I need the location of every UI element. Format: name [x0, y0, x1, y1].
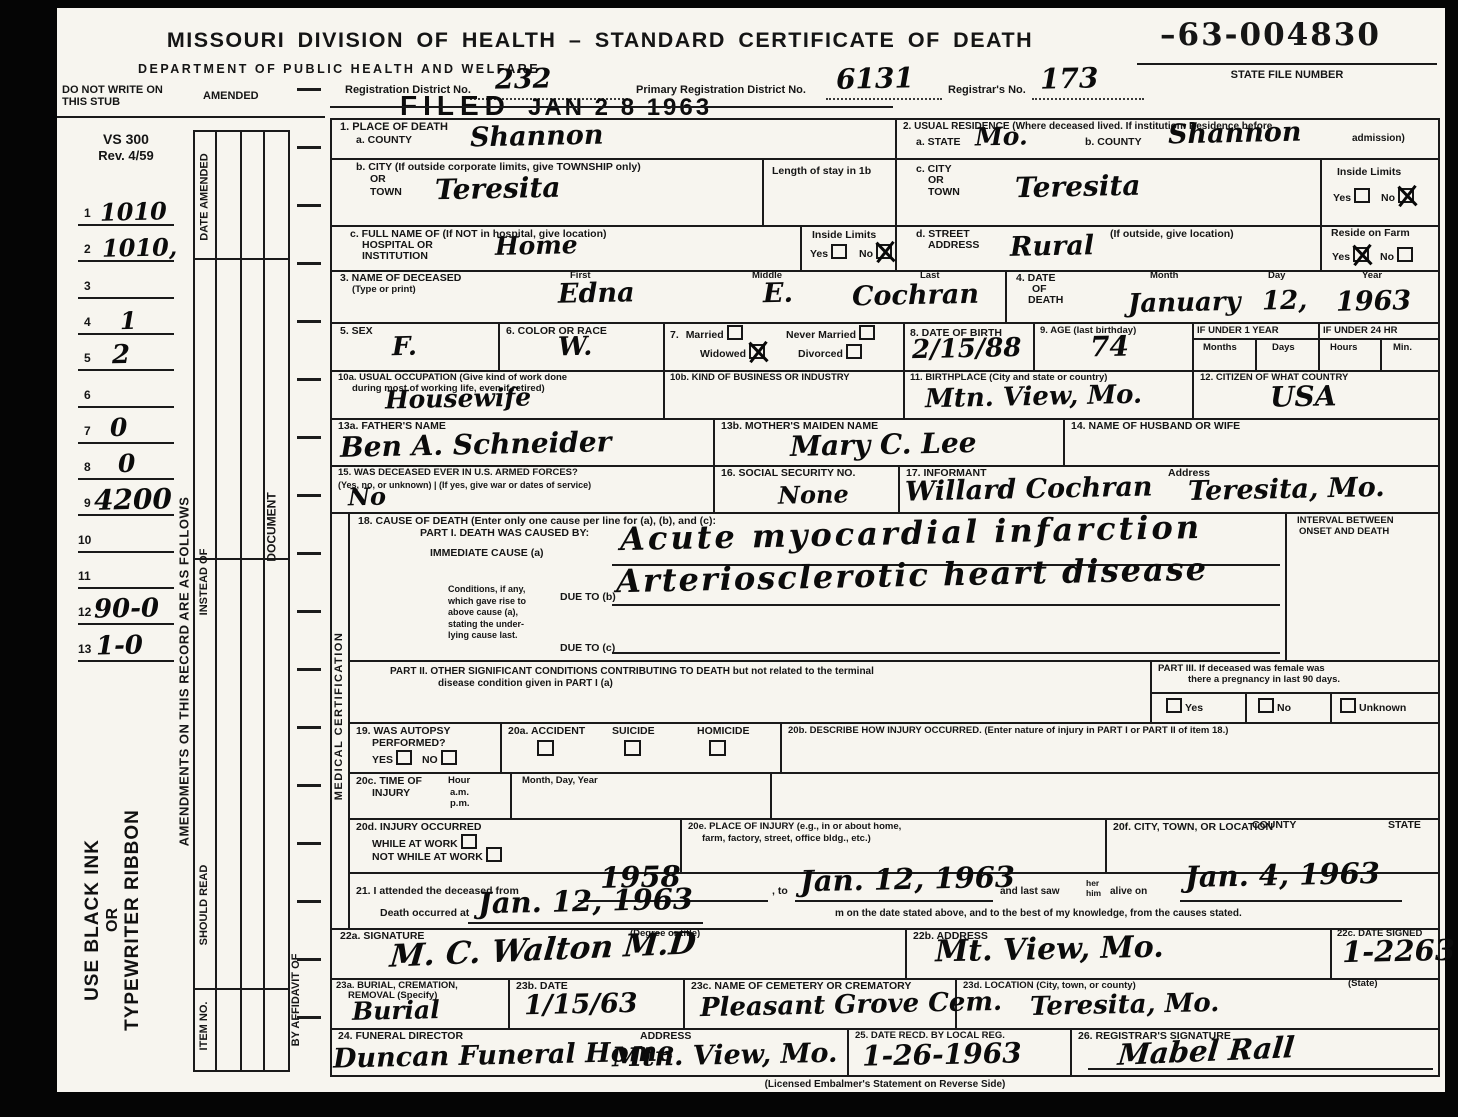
funeral-address-value: Mtn. View, Mo.: [612, 1038, 838, 1074]
part2-label-2: disease condition given in PART I (a): [438, 678, 613, 689]
page-title: MISSOURI DIVISION OF HEALTH – STANDARD C…: [150, 28, 1050, 52]
reside-on-farm-label: Reside on Farm: [1331, 228, 1410, 240]
stub-line-number: 6: [84, 389, 91, 402]
tick: [297, 552, 321, 555]
name-of-deceased-label: 3. NAME OF DECEASED: [340, 273, 461, 285]
stub-line-value: 90-0: [94, 593, 160, 624]
stub-line-number: 10: [78, 534, 91, 547]
stub-line-value: 4200: [94, 482, 173, 517]
attended-to-value: Jan. 12, 1963: [800, 860, 1016, 898]
rule: [78, 478, 174, 480]
ssn-value: None: [778, 479, 849, 509]
rule: [348, 512, 350, 928]
physician-address-value: Mt. View, Mo.: [935, 930, 1164, 970]
cemetery-value: Pleasant Grove Cem.: [700, 987, 1003, 1023]
stub-line-number: 2: [84, 243, 91, 256]
rule: [78, 369, 174, 371]
first-name-value: Edna: [558, 277, 635, 310]
rule: [468, 922, 703, 924]
tick: [297, 262, 321, 265]
rule: [895, 118, 897, 270]
tick: [297, 320, 321, 323]
suicide-label: SUICIDE: [612, 726, 655, 738]
tick: [297, 726, 321, 729]
conditions-line: stating the under-: [448, 619, 526, 631]
rule: [1150, 692, 1440, 694]
injury-county-label: COUNTY: [1252, 820, 1296, 832]
rule: [78, 333, 174, 335]
rule: [683, 978, 685, 1028]
due-to-c-label: DUE TO (c): [560, 643, 615, 655]
rule: [510, 772, 512, 818]
rule: [795, 900, 993, 902]
stub-line-value: 1: [120, 306, 137, 335]
husband-wife-label: 14. NAME OF HUSBAND OR WIFE: [1071, 421, 1240, 433]
state-sublabel: (State): [1348, 979, 1378, 990]
inside-limits-2-options: Yes No: [1333, 188, 1417, 205]
rule: [330, 106, 893, 108]
business-industry-label: 10b. KIND OF BUSINESS OR INDUSTRY: [670, 373, 850, 384]
city-label-or: OR: [370, 174, 386, 186]
pm-label: p.m.: [450, 799, 470, 810]
pregnancy-no-checkbox: [1258, 698, 1274, 713]
rule: [330, 418, 1440, 420]
farm-no-checkbox: [1397, 247, 1413, 262]
conditions-note: Conditions, if any, which gave rise to a…: [448, 584, 526, 642]
burial-value: Burial: [352, 995, 440, 1026]
suicide-checkbox: [624, 740, 641, 756]
inside-limits-1-label: Inside Limits: [812, 230, 876, 242]
inside-limits-2-yes-checkbox: [1354, 188, 1370, 203]
burial-date-value: 1/15/63: [524, 988, 638, 1021]
place-of-death-title: 1. PLACE OF DEATH: [340, 121, 448, 133]
alive-on-label: alive on: [1110, 886, 1147, 897]
hospital-label-3: INSTITUTION: [362, 251, 428, 263]
color-race-value: W.: [558, 332, 593, 363]
informant-address-value: Teresita, Mo.: [1188, 472, 1385, 507]
rule: [78, 623, 174, 625]
state-value: Mo.: [975, 121, 1028, 151]
armed-forces-label: 15. WAS DECEASED EVER IN U.S. ARMED FORC…: [338, 468, 578, 479]
part2-label: PART II. OTHER SIGNIFICANT CONDITIONS CO…: [390, 666, 874, 677]
residence-county-label: b. COUNTY: [1085, 137, 1142, 149]
rule: [905, 928, 907, 978]
marital-married: 7. Married: [670, 325, 746, 342]
autopsy-label-2: PERFORMED?: [372, 738, 446, 750]
pregnancy-no-option: No: [1255, 698, 1291, 715]
marital-divorced: Divorced: [798, 344, 865, 361]
city-label-town: TOWN: [370, 187, 402, 199]
date-of-death-label-3: DEATH: [1028, 295, 1063, 307]
month-day-year-label: Month, Day, Year: [522, 776, 598, 787]
pregnancy-yes-option: Yes: [1163, 698, 1203, 715]
state-file-number: –63-004830: [1160, 18, 1381, 53]
by-affidavit-label: BY AFFIDAVIT OF: [290, 925, 302, 1075]
place-of-injury-label-2: farm, factory, street, office bldg., etc…: [702, 834, 871, 845]
hours-label: Hours: [1330, 343, 1357, 354]
rule: [847, 1028, 849, 1075]
occupation-value: Housewife: [385, 382, 532, 414]
pregnancy-unknown-checkbox: [1340, 698, 1356, 713]
rule: [1137, 63, 1437, 65]
married-checkbox: [727, 325, 743, 340]
rule: [330, 225, 1440, 227]
cemetery-location-value: Teresita, Mo.: [1030, 988, 1220, 1022]
reside-on-farm-options: Yes No: [1332, 247, 1416, 264]
if-under-24-hr-label: IF UNDER 24 HR: [1323, 326, 1397, 337]
last-saw-label: and last saw: [1000, 886, 1059, 897]
date-of-birth-value: 2/15/88: [912, 333, 1022, 365]
rule: [57, 116, 325, 118]
rule: [1033, 322, 1035, 370]
stub-line-number: 11: [78, 570, 91, 583]
rule: [1180, 900, 1402, 902]
no-label: No: [1277, 702, 1291, 714]
time-of-injury-label: 20c. TIME OF: [356, 776, 422, 788]
instead-of-label: INSTEAD OF: [198, 527, 210, 637]
inside-limits-1-options: Yes No: [810, 244, 895, 261]
hospital-value: Home: [495, 230, 578, 261]
attended-to-label: , to: [772, 886, 788, 898]
rule: [612, 604, 1280, 606]
inside-limits-2-no-checkbox: [1398, 188, 1414, 203]
rule: [1380, 338, 1382, 370]
conditions-line: above cause (a),: [448, 607, 526, 619]
tick: [297, 784, 321, 787]
rule: [348, 660, 1440, 662]
street-address-value: Rural: [1010, 230, 1095, 263]
days-label: Days: [1272, 343, 1295, 354]
stub-line-value: 1-0: [96, 631, 144, 662]
last-name-value: Cochran: [852, 279, 980, 313]
stub-line-value: 2: [112, 340, 131, 370]
stub-line-number: 5: [84, 352, 91, 365]
rule: [348, 722, 1440, 724]
rule: [800, 225, 802, 270]
death-occurred-label: Death occurred at: [380, 908, 469, 920]
married-label: Married: [686, 329, 724, 341]
mother-name-value: Mary C. Lee: [790, 426, 977, 463]
yes-label: Yes: [1332, 251, 1350, 263]
rule: [78, 660, 174, 662]
rule: [1255, 338, 1257, 370]
medical-certification-label: MEDICAL CERTIFICATION: [333, 501, 345, 931]
rule: [508, 978, 510, 1028]
yes-label: Yes: [1333, 192, 1351, 204]
place-of-injury-label: 20e. PLACE OF INJURY (e.g., in or about …: [688, 822, 901, 833]
ink-note-line3: TYPEWRITER RIBBON: [122, 780, 144, 1060]
item7-number: 7.: [670, 329, 679, 341]
armed-forces-value: No: [348, 482, 387, 512]
causes-stated-label: m on the date stated above, and to the b…: [835, 908, 1242, 919]
informant-value: Willard Cochran: [905, 471, 1153, 507]
ssn-label: 16. SOCIAL SECURITY NO.: [721, 468, 855, 480]
day-label: Day: [1268, 271, 1285, 282]
rule: [330, 322, 1440, 324]
rule: [1318, 322, 1320, 370]
stub-line-number: 4: [84, 316, 91, 329]
homicide-label: HOMICIDE: [697, 726, 750, 738]
form-revision: Rev. 4/59: [84, 149, 168, 164]
rule: [1150, 660, 1152, 722]
death-year-value: 1963: [1336, 285, 1412, 318]
tick: [297, 436, 321, 439]
death-day-value: 12,: [1262, 286, 1308, 317]
ink-note-line1: USE BLACK INK: [82, 780, 104, 1060]
stub-line-number: 3: [84, 280, 91, 293]
no-label: No: [859, 248, 873, 260]
rule: [1245, 692, 1247, 722]
rule: [78, 406, 174, 408]
rule: [1070, 1028, 1072, 1075]
tick: [297, 204, 321, 207]
year-label: Year: [1362, 271, 1382, 282]
rule: [78, 587, 174, 589]
rule: [1088, 1068, 1433, 1070]
accident-label: 20a. ACCIDENT: [508, 726, 585, 738]
rule: [498, 322, 500, 370]
rule: [330, 118, 332, 1077]
residence-city-or: OR: [928, 175, 944, 187]
type-or-print-label: (Type or print): [352, 285, 416, 296]
rule: [1192, 322, 1194, 370]
tick: [297, 668, 321, 671]
usual-residence-title-2: admission): [1352, 133, 1405, 144]
tick: [297, 842, 321, 845]
rule: [663, 322, 665, 370]
registrar-no-value: 173: [1040, 61, 1099, 95]
state-file-number-label: STATE FILE NUMBER: [1137, 69, 1437, 81]
death-month-value: January: [1128, 287, 1241, 319]
registrar-no-label: Registrar's No.: [948, 84, 1026, 96]
no-label: No: [1380, 251, 1394, 263]
never-married-checkbox: [859, 325, 875, 340]
rule: [898, 465, 900, 512]
birthplace-value: Mtn. View, Mo.: [925, 380, 1143, 415]
tick: [297, 378, 321, 381]
describe-injury-label: 20b. DESCRIBE HOW INJURY OCCURRED. (Ente…: [788, 726, 1228, 737]
hour-label: Hour: [448, 776, 470, 787]
do-not-write-label: DO NOT WRITE ON THIS STUB: [62, 84, 172, 109]
tick: [297, 88, 321, 91]
rule: [330, 1075, 1440, 1077]
stub-line-value: 0: [118, 449, 136, 478]
rule: [1285, 512, 1287, 660]
use-black-ink-note: USE BLACK INK OR TYPEWRITER RIBBON: [82, 780, 158, 1060]
rule: [1192, 338, 1440, 340]
street-address-label-2: ADDRESS: [928, 240, 979, 252]
death-occurred-value: Jan. 12, 1963: [478, 882, 694, 920]
tick: [297, 494, 321, 497]
tick: [297, 610, 321, 613]
rule: [78, 514, 174, 516]
rule: [193, 130, 290, 132]
autopsy-yes-checkbox: [396, 750, 412, 765]
embalmer-note: (Licensed Embalmer's Statement on Revers…: [560, 1079, 1210, 1090]
marital-widowed: Widowed: [700, 344, 768, 361]
amended-label: AMENDED: [203, 90, 259, 102]
marital-never: Never Married: [786, 325, 878, 342]
injury-state-label: STATE: [1388, 820, 1421, 832]
stub-line-number: 7: [84, 425, 91, 438]
min-label: Min.: [1393, 343, 1412, 354]
rule: [713, 418, 715, 465]
primary-district-value: 6131: [836, 61, 915, 96]
rule: [1032, 98, 1144, 100]
residence-city-town: TOWN: [928, 187, 960, 199]
inside-limits-1-no-checkbox: [876, 244, 892, 259]
immediate-cause-label: IMMEDIATE CAUSE (a): [430, 548, 544, 560]
rule: [263, 130, 265, 1072]
form-number: VS 300: [84, 132, 168, 148]
rule: [612, 652, 1280, 654]
yes-label: YES: [372, 754, 393, 766]
rule: [78, 551, 174, 553]
rule: [215, 130, 217, 1072]
autopsy-label: 19. WAS AUTOPSY: [356, 726, 451, 738]
department-subtitle: DEPARTMENT OF PUBLIC HEALTH AND WELFARE: [138, 62, 540, 76]
pregnancy-yes-checkbox: [1166, 698, 1182, 713]
county-label: a. COUNTY: [356, 135, 412, 147]
injury-city-label: 20f. CITY, TOWN, OR LOCATION: [1113, 822, 1273, 834]
rule: [1063, 418, 1065, 465]
conditions-line: lying cause last.: [448, 630, 526, 642]
rule: [1330, 692, 1332, 722]
rule: [78, 224, 174, 226]
autopsy-no-checkbox: [441, 750, 457, 765]
inside-limits-1-yes-checkbox: [831, 244, 847, 259]
injury-occurred-label: 20d. INJURY OCCURRED: [356, 822, 481, 834]
not-while-at-work-checkbox: [486, 847, 502, 862]
stub-line-value: 1010,: [102, 232, 178, 263]
unknown-label: Unknown: [1359, 702, 1406, 714]
no-label: NO: [422, 754, 438, 766]
scanned-death-certificate: MISSOURI DIVISION OF HEALTH – STANDARD C…: [0, 0, 1458, 1117]
widowed-checkbox: [749, 344, 765, 359]
time-of-injury-label-2: INJURY: [372, 788, 410, 800]
part1-label: PART I. DEATH WAS CAUSED BY:: [420, 528, 589, 540]
rule: [193, 130, 195, 1072]
rule: [330, 928, 1440, 930]
not-while-at-work-label: NOT WHILE AT WORK: [372, 851, 483, 863]
rule: [1192, 370, 1194, 418]
stub-line-value: 0: [110, 413, 128, 442]
rule: [240, 130, 242, 1072]
never-married-label: Never Married: [786, 329, 856, 341]
rule: [770, 772, 772, 818]
rule: [1330, 928, 1332, 978]
rule: [762, 158, 764, 225]
length-of-stay-label: Length of stay in 1b: [772, 166, 871, 178]
rule: [713, 465, 715, 512]
rule: [78, 442, 174, 444]
county-value: Shannon: [470, 120, 604, 154]
age-value: 74: [1090, 330, 1130, 364]
stub-line-number: 1: [84, 207, 91, 220]
interval-label-2: ONSET AND DEATH: [1299, 527, 1389, 538]
stub-line-number: 9: [84, 497, 91, 510]
rule: [1320, 158, 1322, 270]
amendments-label: AMENDMENTS ON THIS RECORD ARE AS FOLLOWS: [177, 392, 192, 952]
rule: [903, 370, 905, 418]
rule: [903, 322, 905, 370]
rule: [1105, 818, 1107, 872]
item-no-label: ITEM NO.: [198, 981, 210, 1071]
widowed-label: Widowed: [700, 348, 746, 360]
if-under-1-year-label: IF UNDER 1 YEAR: [1197, 326, 1279, 337]
stub-line-number: 8: [84, 461, 91, 474]
tick: [297, 146, 321, 149]
rule: [663, 370, 665, 418]
citizen-value: USA: [1270, 379, 1337, 413]
divorced-checkbox: [846, 344, 862, 359]
pregnancy-unknown-option: Unknown: [1337, 698, 1406, 715]
tick: [297, 958, 321, 961]
city-value: Teresita: [435, 171, 561, 207]
due-to-b-label: DUE TO (b): [560, 592, 616, 604]
date-amended-label: DATE AMENDED: [199, 135, 211, 260]
date-signed-value: 1-2263: [1342, 933, 1456, 969]
not-while-at-work-option: NOT WHILE AT WORK: [372, 847, 505, 864]
stub-line-number: 13: [78, 643, 91, 656]
street-address-hint: (If outside, give location): [1110, 229, 1234, 241]
inside-limits-2-label: Inside Limits: [1337, 167, 1401, 179]
rule: [330, 158, 1440, 160]
tick: [297, 1016, 321, 1019]
date-received-value: 1-26-1963: [862, 1036, 1022, 1072]
residence-county-value: Shannon: [1168, 117, 1302, 151]
residence-city-value: Teresita: [1015, 169, 1141, 205]
sex-value: F.: [392, 332, 418, 363]
document-label: DOCUMENT: [265, 470, 279, 585]
him-label: him: [1086, 889, 1101, 899]
stub-line-number: 12: [78, 606, 91, 619]
stub-line-value: 1010: [100, 196, 167, 226]
rule: [1005, 270, 1007, 322]
rule: [78, 260, 174, 262]
middle-name-value: E.: [763, 278, 794, 310]
tick: [297, 900, 321, 903]
autopsy-options: YES NO: [372, 750, 460, 767]
farm-yes-checkbox: [1353, 247, 1369, 262]
state-label: a. STATE: [916, 137, 961, 149]
sex-label: 5. SEX: [340, 326, 373, 338]
divorced-label: Divorced: [798, 348, 843, 360]
month-label: Month: [1150, 271, 1179, 282]
rule: [500, 722, 502, 772]
rule: [780, 722, 782, 772]
homicide-checkbox: [709, 740, 726, 756]
ink-note-line2: OR: [104, 780, 122, 1060]
yes-label: Yes: [810, 248, 828, 260]
rule: [78, 297, 174, 299]
rule: [826, 98, 942, 100]
should-read-label: SHOULD READ: [198, 840, 210, 970]
part3-label-2: there a pregnancy in last 90 days.: [1188, 675, 1340, 686]
conditions-line: Conditions, if any,: [448, 584, 526, 596]
no-label: No: [1381, 192, 1395, 204]
months-label: Months: [1203, 343, 1237, 354]
father-name-value: Ben A. Schneider: [340, 425, 612, 464]
last-alive-value: Jan. 4, 1963: [1185, 856, 1381, 894]
conditions-line: which gave rise to: [448, 596, 526, 608]
accident-checkbox: [537, 740, 554, 756]
yes-label: Yes: [1185, 702, 1203, 714]
